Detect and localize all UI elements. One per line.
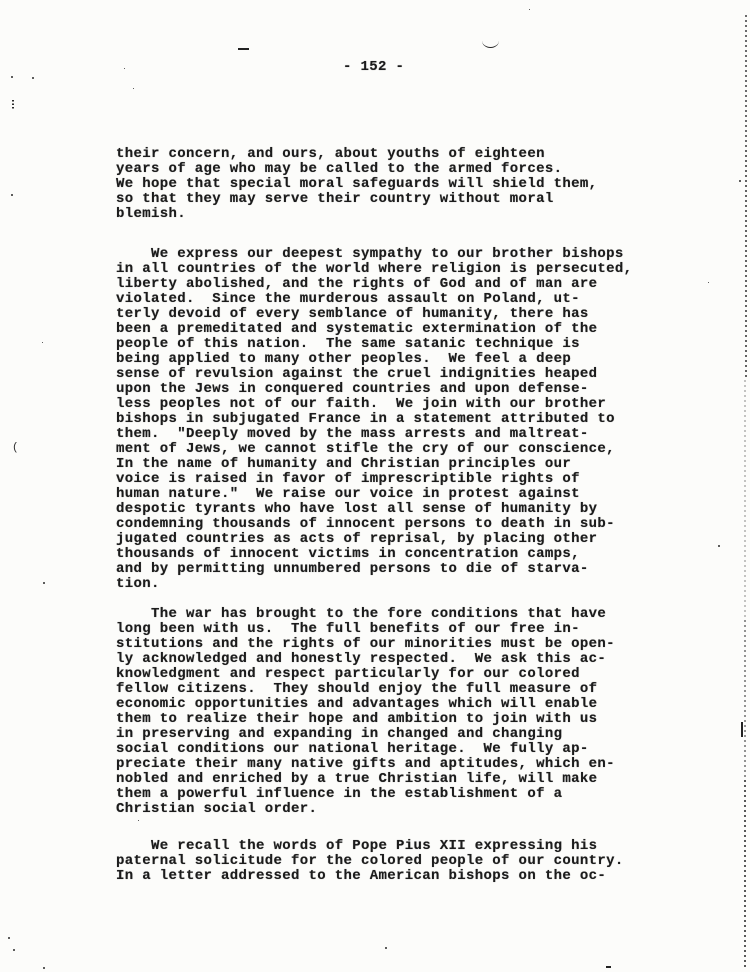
scan-artifact-right-edge: [744, 380, 746, 620]
scan-speck: [11, 76, 13, 78]
scan-speck: [606, 966, 611, 968]
scan-speck: [8, 937, 10, 939]
scan-curve-mark: [482, 40, 499, 48]
scan-artifact-right-edge: [744, 780, 746, 970]
scan-speck: [529, 9, 530, 10]
scan-speck: [718, 545, 720, 547]
scan-speck: [13, 949, 15, 951]
scan-speck: [12, 100, 14, 109]
scan-speck: [42, 342, 43, 343]
scan-dash-mark: [238, 48, 249, 50]
scan-speck: [124, 68, 125, 69]
scan-speck: [739, 180, 741, 182]
document-body: their concern, and ours, about youths of…: [116, 147, 676, 884]
stray-paren-mark: (: [12, 442, 19, 454]
scan-artifact-right-edge: [741, 722, 743, 737]
scan-speck: [708, 282, 709, 283]
scan-speck: [32, 77, 34, 79]
paragraph-youths-armed-forces: their concern, and ours, about youths of…: [116, 147, 676, 222]
scan-speck: [138, 820, 139, 821]
scan-speck: [43, 582, 45, 584]
scan-speck: [385, 947, 387, 949]
paragraph-pope-pius-letter: We recall the words of Pope Pius XII exp…: [116, 839, 676, 884]
paragraph-sympathy-persecuted: We express our deepest sympathy to our b…: [116, 247, 676, 592]
scan-artifact-right-edge: [744, 620, 746, 780]
scan-artifact-right-edge: [745, 150, 747, 380]
scan-speck: [133, 88, 134, 89]
scanned-document-page: - 152 - their concern, and ours, about y…: [0, 0, 750, 972]
scan-speck: [11, 194, 13, 196]
paragraph-war-conditions-minorities: The war has brought to the fore conditio…: [116, 607, 676, 817]
page-number: - 152 -: [343, 60, 404, 75]
scan-artifact-right-edge: [745, 15, 747, 150]
scan-speck: [43, 967, 45, 969]
